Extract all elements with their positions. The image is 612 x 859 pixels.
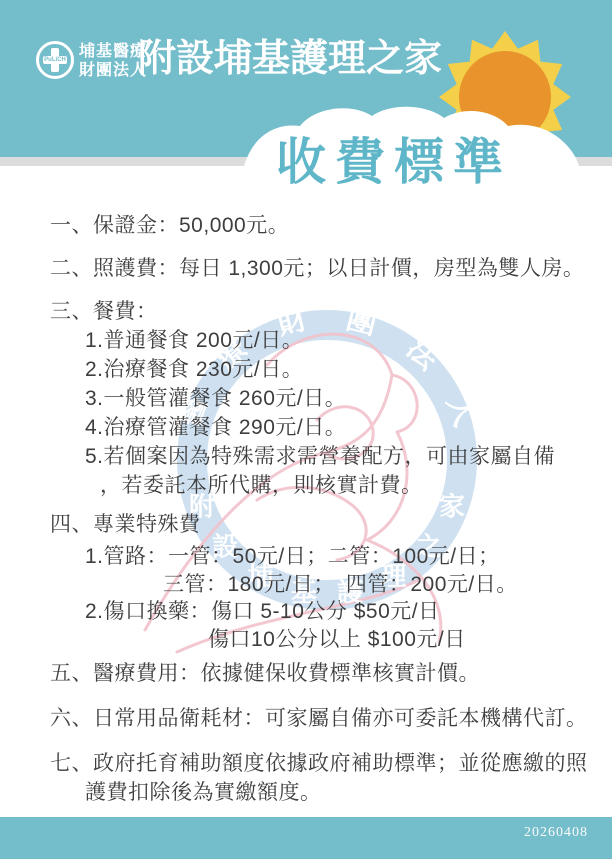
meal-subitem-regular: 1.普通餐食 200元/日。 [85, 327, 303, 354]
version-date: 20260408 [524, 825, 588, 841]
item-text: 政府托育補助額度依據政府補助標準；並從應繳的照 [93, 752, 588, 775]
page-title: 收費標準 [276, 133, 536, 191]
item-number: 五、 [50, 662, 93, 685]
fee-schedule-poster: PuLiCH 埔基醫療 財團法人 附設埔基護理之家 收費標準 醫 療 財 [0, 0, 612, 859]
meal-subitem-tube-therapeutic: 4.治療管灌餐食 290元/日。 [85, 414, 346, 441]
fee-item-deposit: 一、保證金：50,000元。 [50, 212, 289, 239]
fee-list: 一、保證金：50,000元。 二、照護費：每日 1,300元；以日計價，房型為雙… [0, 0, 612, 859]
wound-fee-line2: 傷口10公分以上 $100元/日 [208, 626, 466, 653]
fee-item-professional: 四、專業特殊費 [50, 511, 201, 538]
tube-fee-line1: 1.管路：一管：50元/日；二管：100元/日； [85, 543, 500, 570]
fee-item-care: 二、照護費：每日 1,300元；以日計價，房型為雙人房。 [50, 255, 584, 282]
item-number: 一、 [50, 214, 93, 237]
item-number: 四、 [50, 513, 93, 536]
fee-item-subsidy-line1: 七、政府托育補助額度依據政府補助標準；並從應繳的照 [50, 750, 588, 777]
item-text: 餐費： [93, 300, 158, 323]
meal-subitem-special-line1: 5.若個案因為特殊需求需營養配方，可由家屬自備 [85, 443, 555, 470]
tube-fee-line2: 三管：180元/日； 四管：200元/日。 [163, 571, 518, 598]
item-number: 三、 [50, 300, 93, 323]
item-text: 醫療費用：依據健保收費標準核實計價。 [93, 662, 480, 685]
item-text: 專業特殊費 [93, 513, 201, 536]
item-text: 保證金：50,000元。 [93, 214, 289, 237]
fee-item-meals: 三、餐費： [50, 298, 158, 325]
item-number: 二、 [50, 257, 93, 280]
meal-subitem-therapeutic: 2.治療餐食 230元/日。 [85, 356, 303, 383]
item-text: 照護費：每日 1,300元；以日計價，房型為雙人房。 [93, 257, 584, 280]
fee-item-daily-supplies: 六、日常用品衛耗材：可家屬自備亦可委託本機構代訂。 [50, 705, 588, 732]
item-text: 日常用品衛耗材：可家屬自備亦可委託本機構代訂。 [93, 707, 588, 730]
fee-item-medical: 五、醫療費用：依據健保收費標準核實計價。 [50, 660, 480, 687]
footer-band: 20260408 [0, 817, 612, 859]
item-number: 六、 [50, 707, 93, 730]
item-number: 七、 [50, 752, 93, 775]
wound-fee-line1: 2.傷口換藥：傷口 5-10公分 $50元/日 [85, 598, 440, 625]
meal-subitem-tube-regular: 3.一般管灌餐食 260元/日。 [85, 385, 346, 412]
meal-subitem-special-line2: ，若委託本所代購，則核實計費。 [100, 472, 423, 499]
fee-item-subsidy-line2: 護費扣除後為實繳額度。 [85, 779, 322, 806]
